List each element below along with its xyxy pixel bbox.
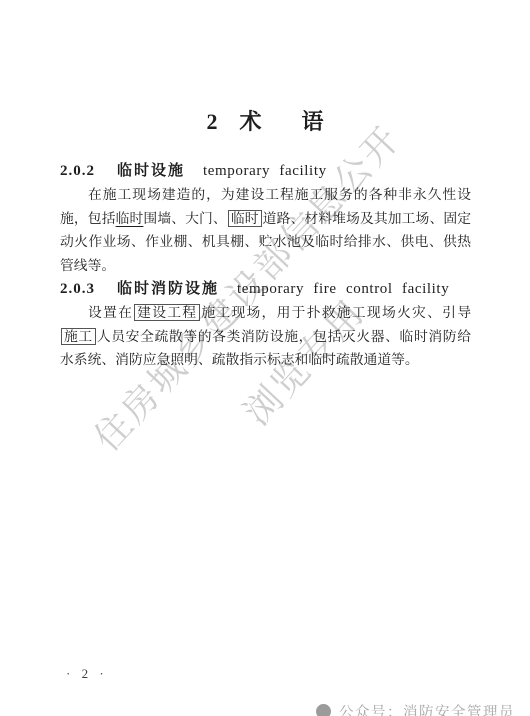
- footer-account-label: 公众号：消防安全管理员: [339, 701, 515, 716]
- definition-text: 围墙、大门、: [143, 211, 226, 226]
- section-number: 2.0.2: [60, 163, 95, 179]
- term-definition: 在施工现场建造的，为建设工程施工服务的各种非永久性设施，包括临时围墙、大门、临时…: [60, 183, 471, 277]
- definition-line: 施工人员安全疏散等的各类消防设施，包括灭火器、临时消防给: [60, 325, 471, 348]
- term-section: 2.0.2临时设施temporary facility 在施工现场建造的，为建设…: [60, 159, 471, 277]
- definition-line: 在施工现场建造的，为建设工程施工服务的各种非永久性设: [60, 183, 471, 206]
- definition-text: 设置在: [88, 305, 133, 320]
- definition-text: 道路、材料堆场及其加工场、固定: [263, 211, 471, 226]
- chapter-title: 2 术 语: [0, 105, 530, 136]
- definition-line: 管线等。: [60, 254, 471, 277]
- definition-text: 动火作业场、作业棚、机具棚、贮水池及临时给排水、供电、供热: [60, 234, 471, 249]
- term-chinese: 临时消防设施: [117, 280, 219, 297]
- boxed-term: 建设工程: [134, 304, 200, 321]
- chapter-title-char-1: 术: [239, 105, 261, 136]
- definition-text: 在施工现场建造的，为建设工程施工服务的各种非永久性设: [88, 187, 471, 202]
- terms-content: 2.0.2临时设施temporary facility 在施工现场建造的，为建设…: [60, 159, 471, 372]
- underlined-term: 临时: [116, 211, 144, 226]
- document-page: 住房城乡建设部信息公开 浏览专用 2 术 语 2.0.2临时设施temporar…: [0, 0, 530, 716]
- term-english: temporary fire control facility: [237, 281, 449, 297]
- definition-line: 施，包括临时围墙、大门、临时道路、材料堆场及其加工场、固定: [60, 207, 471, 230]
- definition-text: 施，包括: [60, 211, 116, 226]
- boxed-term: 施工: [61, 328, 96, 345]
- definition-line: 动火作业场、作业棚、机具棚、贮水池及临时给排水、供电、供热: [60, 230, 471, 253]
- definition-text: 水系统、消防应急照明、疏散指示标志和临时疏散通道等。: [60, 352, 419, 367]
- term-section: 2.0.3临时消防设施temporary fire control facili…: [60, 277, 471, 372]
- chapter-title-char-2: 语: [302, 105, 324, 136]
- boxed-term: 临时: [228, 210, 262, 227]
- definition-text: 管线等。: [60, 258, 115, 273]
- term-chinese: 临时设施: [117, 162, 185, 179]
- footer-logo-icon: [316, 704, 331, 716]
- definition-text: 施工现场，用于扑救施工现场火灾、引导: [201, 305, 471, 320]
- term-heading: 2.0.2临时设施temporary facility: [60, 159, 471, 183]
- section-number: 2.0.3: [60, 281, 95, 297]
- term-definition: 设置在建设工程施工现场，用于扑救施工现场火灾、引导施工人员安全疏散等的各类消防设…: [60, 301, 471, 371]
- definition-text: 人员安全疏散等的各类消防设施，包括灭火器、临时消防给: [97, 329, 471, 344]
- definition-line: 设置在建设工程施工现场，用于扑救施工现场火灾、引导: [60, 301, 471, 324]
- term-english: temporary facility: [203, 163, 327, 179]
- definition-line: 水系统、消防应急照明、疏散指示标志和临时疏散通道等。: [60, 348, 471, 371]
- term-heading: 2.0.3临时消防设施temporary fire control facili…: [60, 277, 471, 301]
- page-number: · 2 ·: [66, 666, 108, 682]
- chapter-number: 2: [206, 109, 217, 135]
- footer-credit: 公众号：消防安全管理员: [316, 701, 515, 716]
